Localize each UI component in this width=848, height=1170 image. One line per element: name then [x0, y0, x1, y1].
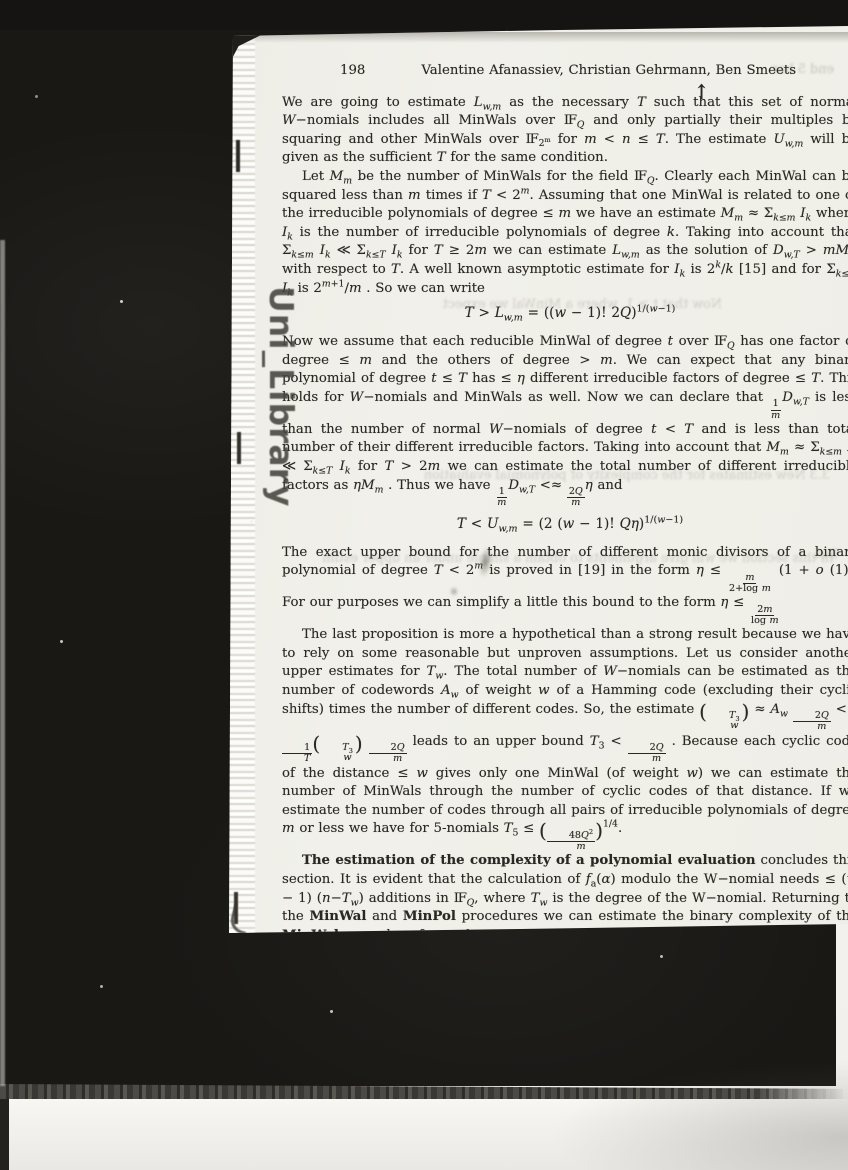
running-head-authors: Valentine Afanassiev, Christian Gehrmann…: [421, 62, 796, 81]
scan-edge-notch: [0, 1099, 9, 1170]
bleedthrough-ghost-5: end 5 bar: [748, 62, 834, 77]
pen-arrow-mark: ↑: [694, 82, 710, 105]
page-edge-texture: [229, 30, 255, 933]
display-formula-2: T < Uw,m = (2 (w − 1)! Qη)1/(w−1): [282, 515, 848, 539]
page-edge-marks: [236, 140, 240, 172]
bleedthrough-ghost-2: 3.3 New estimates for the complexity of …: [296, 468, 830, 483]
bleedthrough-ghost-1: Now that t ≥ 1, where a MinWal we expect: [292, 297, 722, 312]
page-number: 198: [340, 62, 365, 81]
scan-edge-sliver: [0, 240, 5, 1086]
scanner-backdrop-top: [0, 0, 848, 30]
dust-specks: [120, 300, 123, 303]
bleedthrough-ghost-3: In this section we will give arguments t…: [286, 551, 834, 566]
page-content: 198 Valentine Afanassiev, Christian Gehr…: [282, 62, 848, 999]
paragraph-5: The last proposition is more a hypotheti…: [282, 626, 848, 852]
scan-photo: 198 Valentine Afanassiev, Christian Gehr…: [0, 0, 848, 1170]
ink-smudge-small: [448, 585, 460, 598]
bleedthrough-ghost-4: Def.: [796, 547, 838, 562]
paragraph-2: Let Mm be the number of MinWals for the …: [282, 168, 848, 298]
paragraph-1: We are going to estimate Lw,m as the nec…: [282, 94, 848, 168]
scan-corner-shadow: [548, 1060, 848, 1170]
